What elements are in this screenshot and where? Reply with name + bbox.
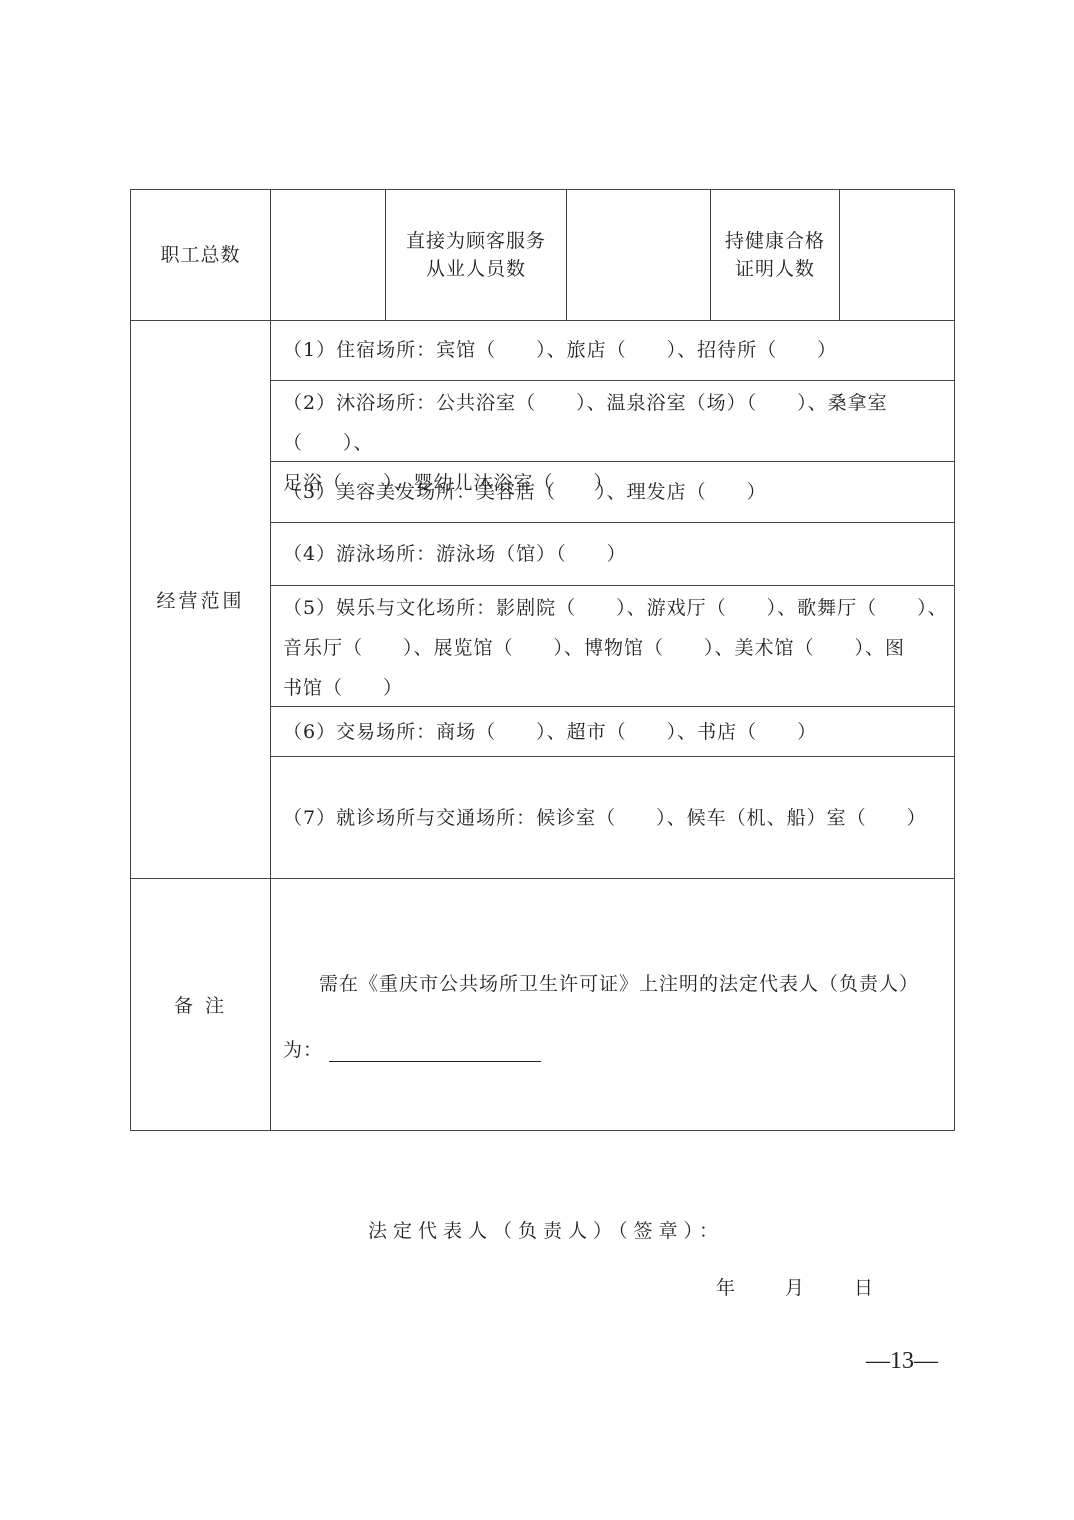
scope-item-lodging[interactable]: （1）住宿场所：宾馆（ ）、旅店（ ）、招待所（ ） <box>271 320 954 381</box>
total-staff-field[interactable] <box>271 190 386 320</box>
date-day-field[interactable]: 日 <box>854 1273 873 1300</box>
scope-item-text: （4）游泳场所：游泳场（馆）（ ） <box>283 534 627 574</box>
health-cert-label-line2: 证明人数 <box>735 255 815 283</box>
scope-item-medical-transport[interactable]: （7）就诊场所与交通场所：候诊室（ ）、候车（机、船）室（ ） <box>271 757 954 878</box>
health-cert-count-label: 持健康合格 证明人数 <box>711 190 840 320</box>
scope-item-text: （1）住宿场所：宾馆（ ）、旅店（ ）、招待所（ ） <box>283 330 837 370</box>
direct-service-label-line2: 从业人员数 <box>426 255 526 283</box>
representative-name-field[interactable] <box>329 1033 541 1062</box>
scope-item-text: （7）就诊场所与交通场所：候诊室（ ）、候车（机、船）室（ ） <box>283 798 927 838</box>
date-year-field[interactable]: 年 <box>716 1273 735 1300</box>
scope-item-text: （2）沐浴场所：公共浴室（ ）、温泉浴室（场）（ ）、桑拿室（ ）、 <box>283 383 948 463</box>
representative-prefix: 为： <box>283 1030 323 1070</box>
business-scope-label: 经营范围 <box>131 320 271 878</box>
health-cert-label-line1: 持健康合格 <box>725 227 825 255</box>
signature-date: 年 月 日 <box>716 1273 873 1300</box>
remarks-label: 备 注 <box>131 878 271 1130</box>
total-staff-label: 职工总数 <box>131 190 271 320</box>
direct-service-staff-label: 直接为顾客服务 从业人员数 <box>386 190 567 320</box>
scope-item-swimming[interactable]: （4）游泳场所：游泳场（馆）（ ） <box>271 523 954 586</box>
direct-service-label-line1: 直接为顾客服务 <box>406 227 546 255</box>
health-cert-count-field[interactable] <box>840 190 954 320</box>
date-month-field[interactable]: 月 <box>785 1273 804 1300</box>
application-form-table: 职工总数 直接为顾客服务 从业人员数 持健康合格 证明人数 经营范围 （1）住宿… <box>130 189 955 1131</box>
remarks-text: 需在《重庆市公共场所卫生许可证》上注明的法定代表人（负责人） <box>283 964 948 1004</box>
remarks-section: 备 注 需在《重庆市公共场所卫生许可证》上注明的法定代表人（负责人） 为： <box>131 878 954 1130</box>
business-scope-section: 经营范围 （1）住宿场所：宾馆（ ）、旅店（ ）、招待所（ ） （2）沐浴场所：… <box>131 320 954 879</box>
signature-label: 法定代表人（负责人）（签章）： <box>368 1216 724 1243</box>
business-scope-items: （1）住宿场所：宾馆（ ）、旅店（ ）、招待所（ ） （2）沐浴场所：公共浴室（… <box>271 320 954 878</box>
staff-count-row: 职工总数 直接为顾客服务 从业人员数 持健康合格 证明人数 <box>131 190 954 321</box>
scope-item-entertainment-culture[interactable]: （5）娱乐与文化场所：影剧院（ ）、游戏厅（ ）、歌舞厅（ ）、 音乐厅（ ）、… <box>271 586 954 707</box>
remarks-body: 需在《重庆市公共场所卫生许可证》上注明的法定代表人（负责人） 为： <box>271 878 954 1130</box>
scope-item-text: （3）美容美发场所：美容店（ ）、理发店（ ） <box>283 472 767 512</box>
scope-item-text: （6）交易场所：商场（ ）、超市（ ）、书店（ ） <box>283 712 817 752</box>
scope-item-trading[interactable]: （6）交易场所：商场（ ）、超市（ ）、书店（ ） <box>271 707 954 757</box>
representative-line: 为： <box>283 1030 948 1070</box>
scope-item-text: 音乐厅（ ）、展览馆（ ）、博物馆（ ）、美术馆（ ）、图 <box>283 628 905 668</box>
direct-service-staff-field[interactable] <box>567 190 711 320</box>
page-number: —13— <box>866 1348 938 1375</box>
scope-item-beauty-salon[interactable]: （3）美容美发场所：美容店（ ）、理发店（ ） <box>271 462 954 523</box>
scope-item-bathing[interactable]: （2）沐浴场所：公共浴室（ ）、温泉浴室（场）（ ）、桑拿室（ ）、 足浴（ ）… <box>271 381 954 462</box>
scope-item-text: 书馆（ ） <box>283 668 403 708</box>
scope-item-text: （5）娱乐与文化场所：影剧院（ ）、游戏厅（ ）、歌舞厅（ ）、 <box>283 588 948 628</box>
